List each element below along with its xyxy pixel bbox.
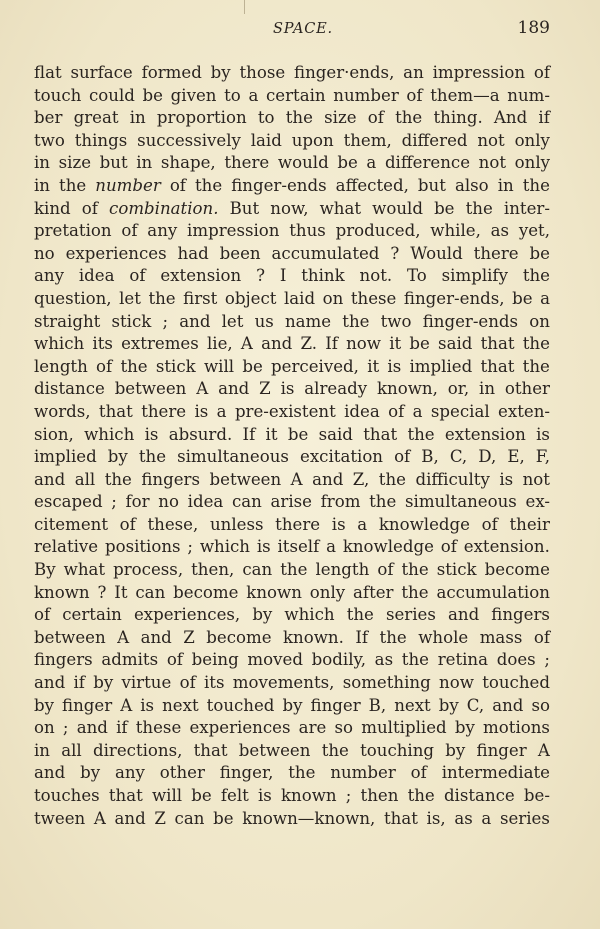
word: of [180, 672, 196, 695]
word: positions [105, 536, 181, 559]
word: all [61, 740, 82, 763]
word: directions, [93, 740, 182, 763]
word: any [147, 220, 177, 243]
word: only [515, 152, 550, 175]
word: only [515, 130, 550, 153]
word: between [210, 469, 282, 492]
word: ex- [526, 491, 551, 514]
word: by [252, 604, 272, 627]
word: extension [160, 265, 241, 288]
word: be [512, 288, 532, 311]
word: being [192, 649, 239, 672]
gutter-mark [244, 0, 245, 14]
word: to [224, 85, 241, 108]
word: Z [154, 808, 166, 831]
word: excitation [300, 446, 383, 469]
word: extension [445, 424, 526, 447]
word: the [369, 491, 396, 514]
word: it [389, 333, 401, 356]
word: of [377, 559, 393, 582]
word: special [431, 401, 490, 424]
word: if [73, 672, 84, 695]
word: and [492, 695, 523, 718]
text-line: andallthefingersbetweenAandZ,thedifficul… [34, 469, 550, 492]
word: as [491, 220, 509, 243]
word: a [413, 401, 423, 424]
text-line: ofcertainexperiences,bywhichtheseriesand… [34, 604, 550, 627]
word: by [455, 717, 475, 740]
word: and [179, 311, 210, 334]
word: E, [507, 446, 524, 469]
word: difficulty [415, 469, 489, 492]
word: A [291, 469, 303, 492]
word: and [34, 672, 65, 695]
word: and [312, 469, 343, 492]
word: and [34, 469, 65, 492]
word: and [261, 333, 292, 356]
word: pre-existent [235, 401, 336, 424]
word: relative [34, 536, 98, 559]
word: which [84, 424, 134, 447]
word: in [130, 107, 146, 130]
word: question, [34, 288, 112, 311]
word: a [217, 401, 227, 424]
word: there [141, 401, 186, 424]
word: is [387, 356, 401, 379]
word: the [523, 265, 550, 288]
word: escaped [34, 491, 103, 514]
word: Z, [353, 469, 370, 492]
word: is [140, 695, 154, 718]
word: is [332, 514, 346, 537]
word: is [194, 401, 208, 424]
word: between [34, 627, 106, 650]
text-line: sion,whichisabsurd.Ifitbesaidthattheexte… [34, 424, 550, 447]
word: an [403, 62, 424, 85]
word: citement [34, 514, 108, 537]
word: By [34, 559, 56, 582]
word: object [225, 288, 277, 311]
word: could [89, 85, 135, 108]
word: in [34, 175, 50, 198]
word: can [232, 491, 262, 514]
body-text: flatsurfaceformedbythosefinger·ends,anim… [34, 62, 550, 830]
word: finger-ends [423, 311, 518, 334]
text-line: Bywhatprocess,then,canthelengthofthestic… [34, 559, 550, 582]
text-line: relativepositions;whichisitselfaknowledg… [34, 536, 550, 559]
word: Would [410, 243, 463, 266]
word: If [325, 333, 338, 356]
word: size [59, 152, 91, 175]
word: as [454, 808, 472, 831]
word: of [34, 604, 50, 627]
word: not [523, 469, 550, 492]
word: is [536, 424, 550, 447]
word: B, [421, 446, 438, 469]
word: affected, [336, 175, 409, 198]
word: sion, [34, 424, 74, 447]
word: not [477, 130, 504, 153]
word: num- [507, 85, 550, 108]
word: by [211, 62, 231, 85]
word: a [481, 808, 491, 831]
word: inter- [504, 198, 550, 221]
word: B, [369, 695, 386, 718]
word: not [479, 152, 506, 175]
word: fingers [141, 469, 200, 492]
word: series [386, 604, 436, 627]
word: length [315, 559, 369, 582]
word: from [321, 491, 361, 514]
word: shape, [161, 152, 216, 175]
text-line: on;andiftheseexperiencesaresomultipliedb… [34, 717, 550, 740]
word: also [455, 175, 489, 198]
word: name [285, 311, 331, 334]
word: the [407, 424, 434, 447]
word: multiplied [361, 717, 446, 740]
word: finger-ends [231, 175, 326, 198]
word: A [120, 695, 132, 718]
word: by [34, 695, 54, 718]
word: touched [482, 672, 550, 695]
word: touched [207, 695, 275, 718]
word: the [120, 356, 147, 379]
word: thing. [433, 107, 482, 130]
word: D, [478, 446, 496, 469]
word: by [439, 695, 459, 718]
word: the [148, 288, 175, 311]
word: the [523, 175, 550, 198]
word: and [115, 808, 146, 831]
word: C, [467, 695, 484, 718]
word: difference [385, 152, 470, 175]
word: distance [444, 785, 515, 808]
word: ; [111, 491, 117, 514]
word: bodily, [312, 649, 366, 672]
word: length [34, 356, 88, 379]
text-line: kindofcombination.Butnow,whatwouldbethei… [34, 198, 550, 221]
word: whole [418, 627, 468, 650]
text-line: byfingerAisnexttouchedbyfingerB,nextbyC,… [34, 695, 550, 718]
word: what [64, 559, 105, 582]
word: of [406, 85, 422, 108]
word: fingers [34, 649, 93, 672]
word: had [178, 243, 209, 266]
word: exten- [498, 401, 550, 424]
text-line: distancebetweenAandZisalreadyknown,or,in… [34, 378, 550, 401]
word: that [99, 401, 133, 424]
word: which [34, 333, 84, 356]
word: of [121, 220, 137, 243]
word: A [117, 627, 129, 650]
word: a [540, 288, 550, 311]
word: finger-ends, [404, 288, 505, 311]
word: successively [137, 130, 241, 153]
word: known [281, 785, 337, 808]
word: its [204, 672, 225, 695]
word: idea [79, 265, 115, 288]
word: then [361, 785, 399, 808]
word: is [281, 378, 295, 401]
word: laid [284, 288, 315, 311]
word: the [342, 311, 369, 334]
word: combination. [109, 198, 218, 221]
word: words, [34, 401, 91, 424]
word: by [108, 446, 128, 469]
word: while, [430, 220, 481, 243]
text-line: lengthofthestickwillbeperceived,itisimpl… [34, 356, 550, 379]
word: A [196, 378, 208, 401]
word: lie, [207, 333, 233, 356]
word: then, [191, 559, 234, 582]
word: if [116, 717, 127, 740]
text-line: known?Itcanbecomeknownonlyaftertheaccumu… [34, 582, 550, 605]
word: in [136, 152, 152, 175]
word: ? [98, 582, 107, 605]
word: us [255, 311, 274, 334]
word: of [120, 514, 136, 537]
word: of [96, 356, 112, 379]
word: them, [344, 130, 392, 153]
word: by [445, 740, 465, 763]
word: between [115, 378, 187, 401]
word: motions [483, 717, 550, 740]
word: a [366, 152, 376, 175]
word: finger [62, 695, 112, 718]
word: but [418, 175, 446, 198]
word: produced, [336, 220, 421, 243]
word: can [175, 808, 205, 831]
word: be [434, 198, 454, 221]
word: them—a [430, 85, 499, 108]
word: the [523, 356, 550, 379]
word: first [183, 288, 217, 311]
word: the [380, 627, 407, 650]
word: absurd. [169, 424, 233, 447]
word: finger, [220, 762, 274, 785]
word: are [299, 717, 327, 740]
text-line: question,letthefirstobjectlaidonthesefin… [34, 288, 550, 311]
word: simplify [442, 265, 508, 288]
word: by [93, 672, 113, 695]
word: so [335, 717, 354, 740]
word: Z [259, 378, 271, 401]
word: upon [292, 130, 334, 153]
word: these [351, 288, 397, 311]
word: there [224, 152, 269, 175]
word: certain [266, 85, 326, 108]
word: the [466, 198, 493, 221]
word: after [353, 582, 393, 605]
word: the [402, 559, 429, 582]
word: process, [113, 559, 183, 582]
word: certain [62, 604, 122, 627]
word: ber [34, 107, 62, 130]
word: simultaneous [177, 446, 289, 469]
word: itself [277, 536, 319, 559]
text-line: tweenAandZcanbeknown—known,thatis,asaser… [34, 808, 550, 831]
word: known, [377, 378, 438, 401]
word: something [343, 672, 431, 695]
word: Z [183, 627, 195, 650]
word: of [129, 265, 145, 288]
word: be- [524, 785, 550, 808]
word: two [34, 130, 65, 153]
text-line: touchesthatwillbefeltisknown;thenthedist… [34, 785, 550, 808]
word: pretation [34, 220, 112, 243]
word: be [288, 424, 308, 447]
word: virtue [122, 672, 172, 695]
word: but [100, 152, 128, 175]
word: knowledge [379, 514, 470, 537]
text-line: bergreatinproportiontothesizeofthething.… [34, 107, 550, 130]
page-number: 189 [518, 18, 550, 38]
word: in [498, 175, 514, 198]
word: number [333, 85, 398, 108]
word: of [394, 446, 410, 469]
word: the [139, 446, 166, 469]
word: any [34, 265, 64, 288]
word: be [191, 785, 211, 808]
text-line: pretationofanyimpressionthusproduced,whi… [34, 220, 550, 243]
word: ; [346, 785, 352, 808]
word: extension. [464, 536, 550, 559]
word: the [286, 107, 313, 130]
word: the [347, 604, 374, 627]
word: implied [410, 356, 473, 379]
word: now [346, 333, 381, 356]
word: experiences [66, 243, 167, 266]
word: let [119, 288, 141, 311]
running-title: SPACE. [34, 21, 550, 37]
word: be [530, 243, 550, 266]
word: not. [360, 265, 393, 288]
word: all [75, 469, 96, 492]
word: finger [311, 695, 361, 718]
word: and [141, 627, 172, 650]
word: F, [536, 446, 550, 469]
word: yet, [519, 220, 550, 243]
word: ? [390, 243, 399, 266]
word: if [538, 107, 549, 130]
word: said [438, 333, 472, 356]
word: on [529, 311, 550, 334]
word: the [59, 175, 86, 198]
text-line: andifbyvirtueofitsmovements,somethingnow… [34, 672, 550, 695]
word: simultaneous [405, 491, 517, 514]
word: size [324, 107, 356, 130]
word: be [242, 356, 262, 379]
text-line: inalldirections,thatbetweenthetouchingby… [34, 740, 550, 763]
word: things [75, 130, 128, 153]
word: these, [147, 514, 198, 537]
word: and [77, 717, 108, 740]
text-line: fingersadmitsofbeingmovedbodily,astheret… [34, 649, 550, 672]
word: a [248, 85, 258, 108]
word: formed [142, 62, 202, 85]
text-line: straightstick;andletusnamethetwofinger-e… [34, 311, 550, 334]
word: be [143, 85, 163, 108]
word: to [258, 107, 275, 130]
word: or, [448, 378, 469, 401]
text-line: flatsurfaceformedbythosefinger·ends,anim… [34, 62, 550, 85]
word: become [206, 627, 271, 650]
word: in [479, 378, 495, 401]
word: But [230, 198, 260, 221]
word: of [482, 514, 498, 537]
word: touches [34, 785, 100, 808]
word: known—known, [242, 808, 375, 831]
word: will [204, 356, 234, 379]
word: now [439, 672, 474, 695]
word: number [95, 175, 160, 198]
word: moved [247, 649, 303, 672]
word: so [531, 695, 550, 718]
word: impression [433, 62, 525, 85]
word: retina [438, 649, 488, 672]
word: of [167, 649, 183, 672]
word: other [160, 762, 205, 785]
word: the [379, 469, 406, 492]
word: that [481, 333, 515, 356]
text-line: anyideaofextension?Ithinknot.Tosimplifyt… [34, 265, 550, 288]
word: ; [544, 649, 550, 672]
word: the [523, 333, 550, 356]
word: and [34, 762, 65, 785]
word: and [218, 378, 249, 401]
word: which [200, 536, 250, 559]
word: think [301, 265, 344, 288]
word: the [280, 559, 307, 582]
word: those [240, 62, 286, 85]
word: accumulated [272, 243, 380, 266]
word: of [534, 627, 550, 650]
text-line: inthenumberofthefinger-endsaffected,buta… [34, 175, 550, 198]
word: great [74, 107, 119, 130]
word: unless [210, 514, 264, 537]
word: a [357, 514, 367, 537]
word: stick [156, 356, 196, 379]
word: the [105, 469, 132, 492]
word: number [330, 762, 395, 785]
word: known. [283, 627, 344, 650]
word: experiences, [134, 604, 240, 627]
word: admits [101, 649, 158, 672]
word: of [82, 198, 98, 221]
word: is [257, 536, 271, 559]
word: series [500, 808, 550, 831]
word: only [310, 582, 345, 605]
word: be [213, 808, 233, 831]
word: there [474, 243, 519, 266]
word: between [239, 740, 311, 763]
word: ; [63, 717, 69, 740]
text-line: andbyanyotherfinger,thenumberofintermedi… [34, 762, 550, 785]
word: as [375, 649, 393, 672]
word: of [534, 62, 550, 85]
word: be [337, 152, 357, 175]
word: mass [480, 627, 523, 650]
word: already [304, 378, 367, 401]
word: next [162, 695, 199, 718]
word: touching [360, 740, 434, 763]
word: now, [270, 198, 308, 221]
word: movements, [233, 672, 335, 695]
word: I [280, 265, 287, 288]
word: given [171, 85, 217, 108]
word: known [246, 582, 302, 605]
word: thus [289, 220, 326, 243]
